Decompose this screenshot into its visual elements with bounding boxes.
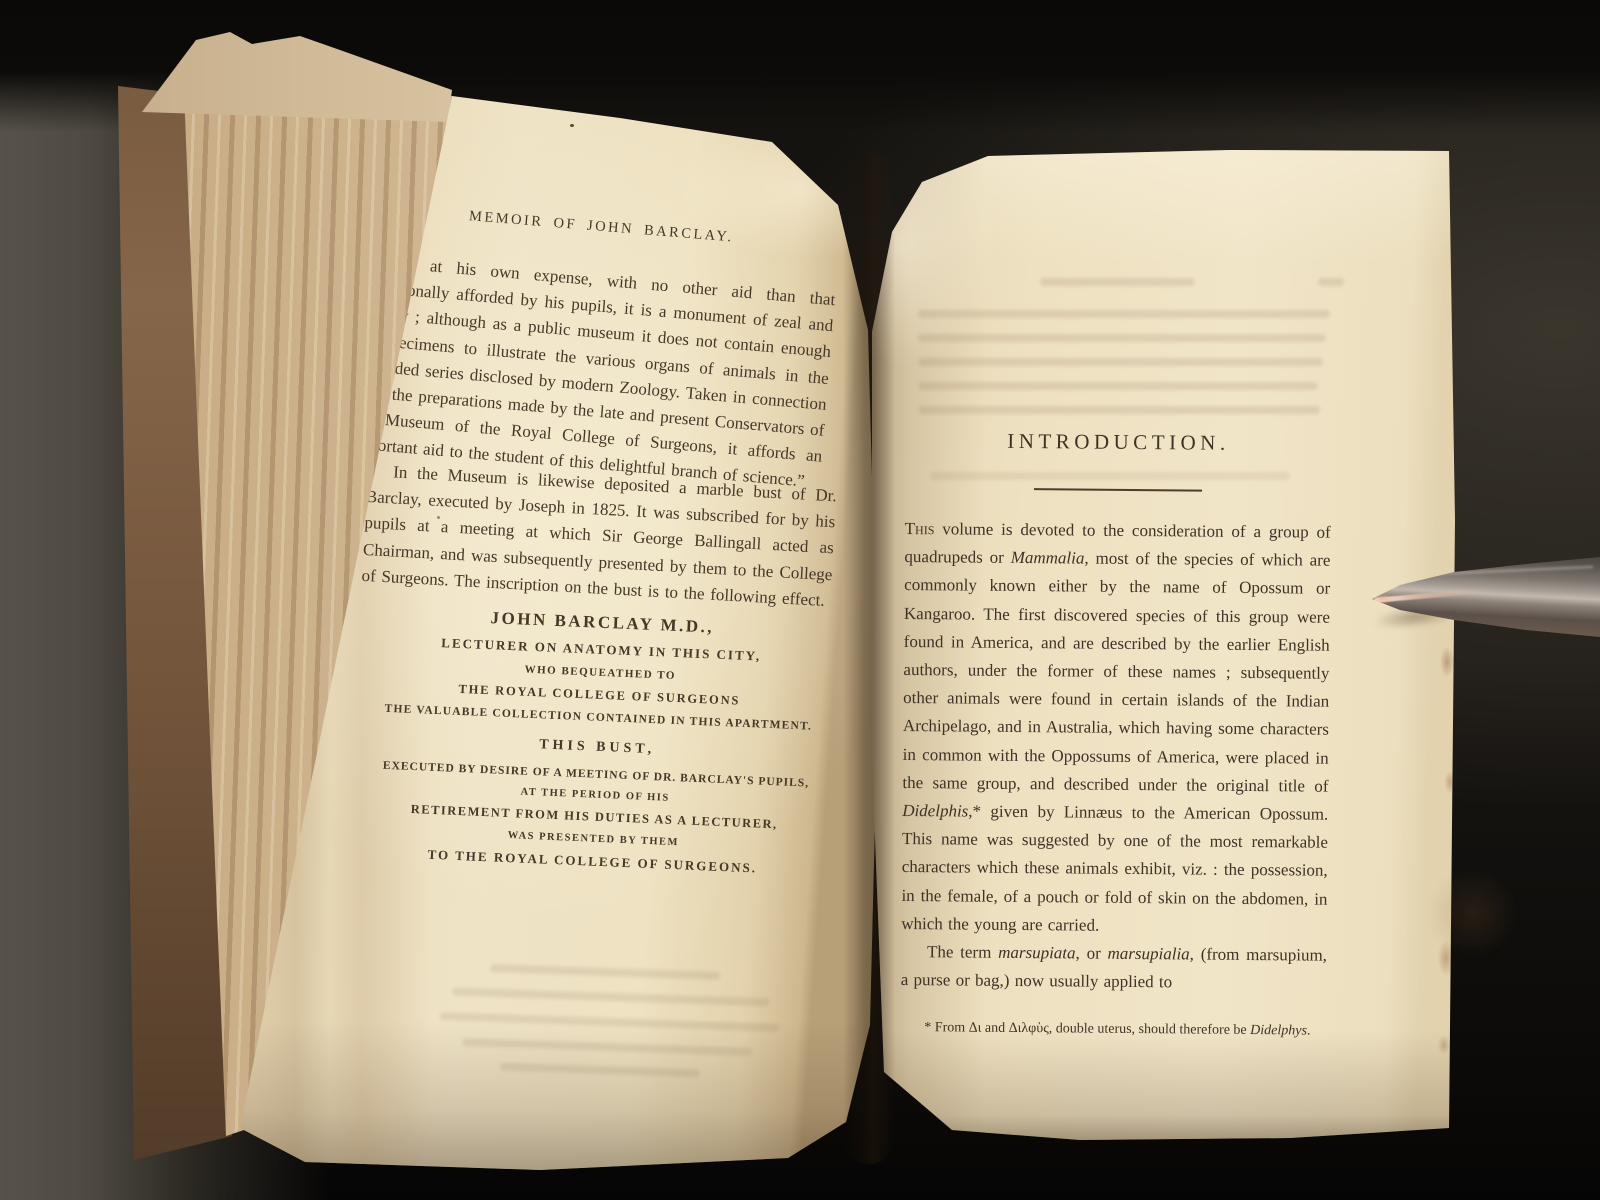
introduction-heading: INTRODUCTION. [905,428,1331,457]
running-header: MEMOIR OF JOHN BARCLAY. [366,200,836,255]
dust-speck [570,124,574,127]
left-paragraph-2: In the Museum is likewise deposited a ma… [361,458,837,614]
page-edge-stain [1428,868,1518,958]
bleed-through-line [490,964,720,980]
left-paragraph-1: formed at his own expense, with no other… [350,248,836,496]
footnote: * From Δι and Διλφὺς, double uterus, sho… [900,1018,1326,1041]
gutter-shadow [843,152,895,1164]
inscription-line: THIS BUST, [362,730,832,766]
right-paragraph-1: This volume is devoted to the considerat… [901,515,1331,942]
right-page-content: INTRODUCTION. This volume is devoted to … [900,150,1334,1042]
bleed-through-line [462,1038,752,1056]
left-page-header: 44 MEMOIR OF JOHN BARCLAY. [366,196,837,260]
photo-scene: 44 MEMOIR OF JOHN BARCLAY. formed at his… [0,0,1600,1200]
heading-rule [1034,488,1202,491]
bleed-through-line [500,1063,700,1078]
left-page-content: 44 MEMOIR OF JOHN BARCLAY. formed at his… [368,196,838,869]
bleed-through-line [440,1012,780,1032]
right-paragraph-2: The term marsupiata, or marsupialia, (fr… [901,938,1327,998]
bleed-through-line [452,987,770,1006]
bust-inscription: JOHN BARCLAY M.D., LECTURER ON ANATOMY I… [357,603,837,879]
